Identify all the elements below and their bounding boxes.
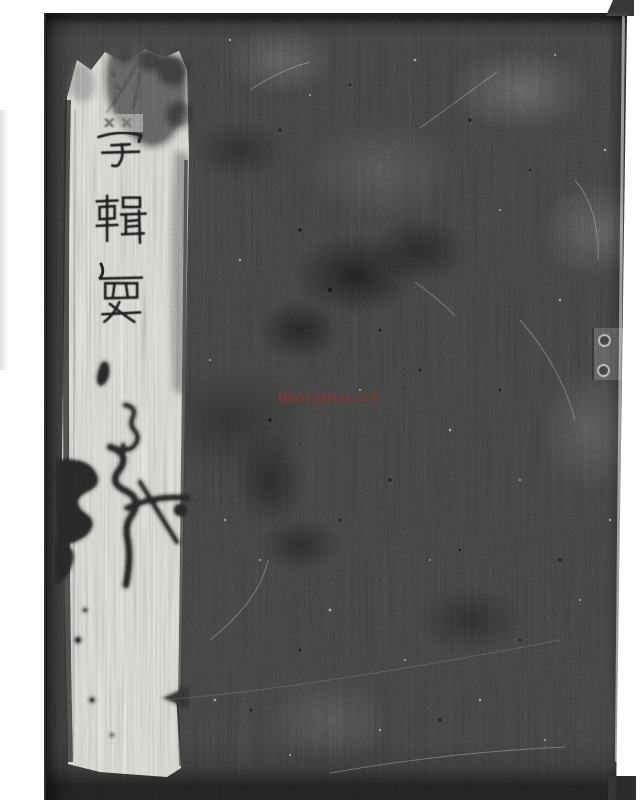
binding-hole-icon bbox=[597, 364, 610, 377]
title-character: 學 bbox=[92, 104, 150, 183]
title-character: 要 bbox=[92, 262, 150, 341]
title-text: 學 輯 要 bbox=[92, 104, 150, 341]
binding-hole-icon bbox=[598, 334, 611, 347]
cover-bottom-right-corner bbox=[608, 776, 636, 800]
title-character: 輯 bbox=[92, 183, 150, 262]
cover-spine-edge bbox=[44, 13, 47, 800]
scan-margin-smudge bbox=[0, 110, 9, 370]
watermark-text: meyonn.cs bbox=[258, 387, 398, 405]
cover-top-right-corner bbox=[606, 0, 634, 16]
